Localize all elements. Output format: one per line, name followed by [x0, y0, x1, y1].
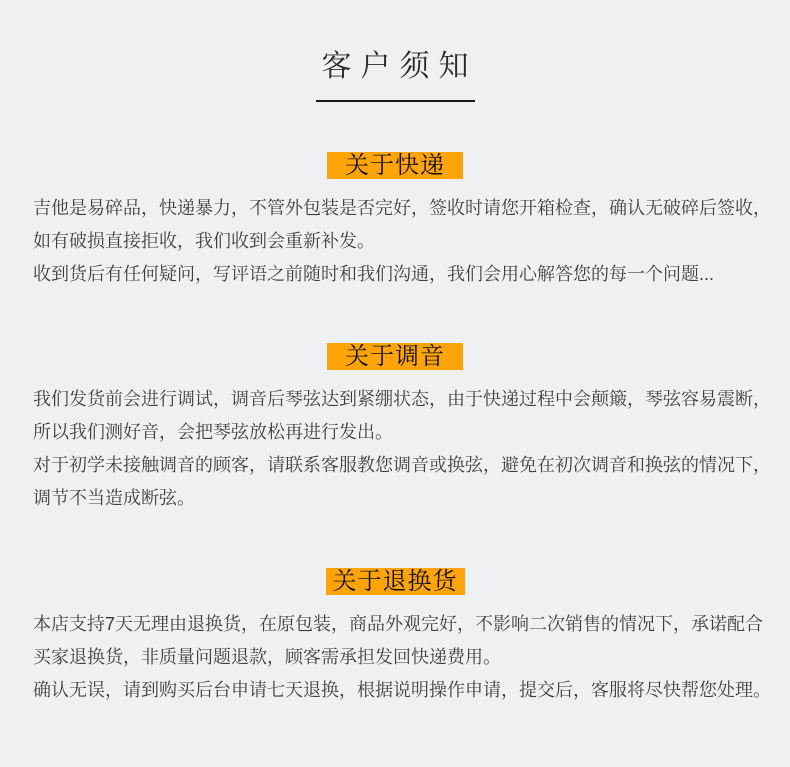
section-body-returns: 本店支持7天无理由退换货，在原包装，商品外观完好，不影响二次销售的情况下，承诺配…	[33, 608, 758, 707]
text-line: 调节不当造成断弦。	[33, 482, 758, 515]
text-line: 确认无误，请到购买后台申请七天退换，根据说明操作申请，提交后，客服将尽快帮您处理…	[33, 674, 758, 707]
page-header: 客户须知	[0, 0, 790, 102]
section-tuning: 关于调音 我们发货前会进行调试，调音后琴弦达到紧绷状态，由于快递过程中会颠簸，琴…	[0, 343, 790, 515]
section-returns: 关于退换货 本店支持7天无理由退换货，在原包装，商品外观完好，不影响二次销售的情…	[0, 568, 790, 707]
section-body-tuning: 我们发货前会进行调试，调音后琴弦达到紧绷状态，由于快递过程中会颠簸，琴弦容易震断…	[33, 383, 758, 515]
section-heading-row: 关于快递	[0, 152, 790, 179]
title-underline	[316, 100, 475, 102]
section-body-delivery: 吉他是易碎品，快递暴力，不管外包装是否完好，签收时请您开箱检查，确认无破碎后签收…	[33, 192, 758, 291]
text-line: 吉他是易碎品，快递暴力，不管外包装是否完好，签收时请您开箱检查，确认无破碎后签收…	[33, 192, 758, 225]
text-line: 所以我们测好音，会把琴弦放松再进行发出。	[33, 416, 758, 449]
text-line: 本店支持7天无理由退换货，在原包装，商品外观完好，不影响二次销售的情况下，承诺配…	[33, 608, 758, 641]
customer-notice-page: 客户须知 关于快递 吉他是易碎品，快递暴力，不管外包装是否完好，签收时请您开箱检…	[0, 0, 790, 767]
section-delivery: 关于快递 吉他是易碎品，快递暴力，不管外包装是否完好，签收时请您开箱检查，确认无…	[0, 152, 790, 291]
text-line: 对于初学未接触调音的顾客，请联系客服教您调音或换弦，避免在初次调音和换弦的情况下…	[33, 449, 758, 482]
page-title: 客户须知	[0, 0, 790, 82]
section-heading-row: 关于退换货	[0, 568, 790, 595]
text-line: 收到货后有任何疑问，写评语之前随时和我们沟通，我们会用心解答您的每一个问题...	[33, 258, 758, 291]
text-line: 买家退换货，非质量问题退款，顾客需承担发回快递费用。	[33, 641, 758, 674]
section-heading-returns: 关于退换货	[326, 568, 465, 595]
text-line: 如有破损直接拒收，我们收到会重新补发。	[33, 225, 758, 258]
section-heading-row: 关于调音	[0, 343, 790, 370]
section-heading-tuning: 关于调音	[327, 343, 463, 370]
section-heading-delivery: 关于快递	[327, 152, 463, 179]
text-line: 我们发货前会进行调试，调音后琴弦达到紧绷状态，由于快递过程中会颠簸，琴弦容易震断…	[33, 383, 758, 416]
